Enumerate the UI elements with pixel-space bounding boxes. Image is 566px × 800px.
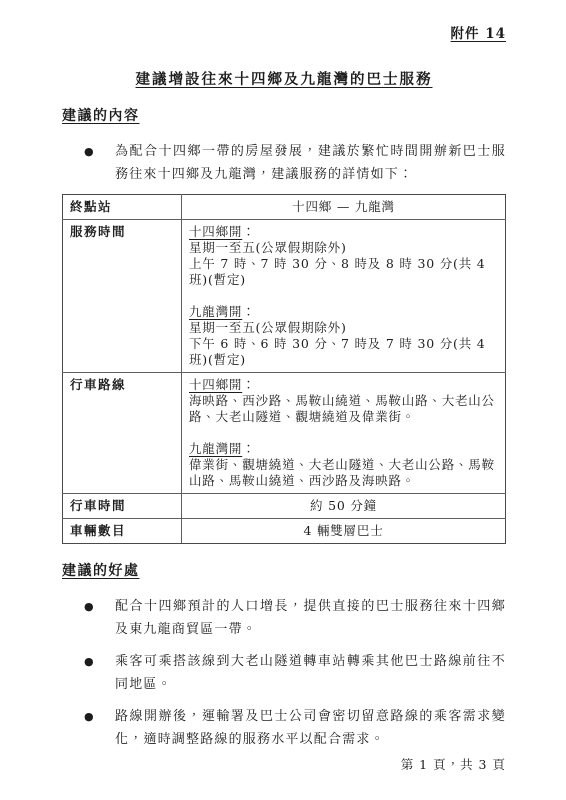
route-value: 十四鄉開： 海映路、西沙路、馬鞍山繞道、馬鞍山路、大老山公路、大老山隧道、觀塘繞… (182, 373, 506, 494)
route-from-sst-heading-line: 十四鄉開： (189, 377, 498, 393)
route-from-sst-roads: 海映路、西沙路、馬鞍山繞道、馬鞍山路、大老山公路、大老山隧道、觀塘繞道及偉業街。 (189, 393, 498, 425)
service-hours-from-sst-heading-line: 十四鄉開： (189, 224, 498, 240)
from-kb-heading: 九龍灣開 (189, 304, 242, 319)
from-sst-days: 星期一至五(公眾假期除外) (189, 240, 498, 256)
service-hours-from-kb: 九龍灣開： 星期一至五(公眾假期除外) 下午 6 時、6 時 30 分、7 時及… (189, 304, 498, 368)
route-from-sst-heading-colon: ： (242, 377, 255, 392)
bullet-icon: ● (62, 140, 115, 186)
from-sst-heading: 十四鄉開 (189, 224, 242, 239)
table-row-vehicles: 車輛數目 4 輛雙層巴士 (63, 519, 506, 544)
route-from-kb-heading-line: 九龍灣開： (189, 441, 498, 457)
from-sst-times: 上午 7 時、7 時 30 分、8 時及 8 時 30 分(共 4 班)(暫定) (189, 256, 498, 288)
route-from-sst-heading: 十四鄉開 (189, 377, 242, 392)
from-kb-heading-colon: ： (242, 304, 255, 319)
bullet-icon: ● (62, 705, 115, 751)
intro-bullet: ● 為配合十四鄉一帶的房屋發展，建議於繁忙時間開辦新巴士服務往來十四鄉及九龍灣，… (62, 140, 506, 186)
page-number-indicator: 第 1 頁，共 3 頁 (401, 755, 506, 773)
benefit-bullet-1-text: 配合十四鄉預計的人口增長，提供直接的巴士服務往來十四鄉及東九龍商貿區一帶。 (115, 595, 506, 641)
route-from-kb-heading: 九龍灣開 (189, 441, 242, 456)
document-title: 建議增設往來十四鄉及九龍灣的巴士服務 (62, 68, 506, 89)
section-heading-proposal-content: 建議的內容 (62, 105, 506, 125)
section-heading-benefits: 建議的好處 (62, 560, 506, 580)
section-heading-proposal-content-text: 建議的內容 (62, 108, 140, 124)
journey-time-value: 約 50 分鐘 (182, 494, 506, 519)
from-sst-heading-colon: ： (242, 224, 255, 239)
journey-time-label: 行車時間 (63, 494, 182, 519)
route-from-kb-roads: 偉業街、觀塘繞道、大老山隧道、大老山公路、馬鞍山路、馬鞍山繞道、西沙路及海映路。 (189, 457, 498, 489)
terminus-label: 終點站 (63, 195, 182, 220)
section-heading-benefits-text: 建議的好處 (62, 563, 140, 579)
vehicles-value: 4 輛雙層巴士 (182, 519, 506, 544)
route-from-kb: 九龍灣開： 偉業街、觀塘繞道、大老山隧道、大老山公路、馬鞍山路、馬鞍山繞道、西沙… (189, 441, 498, 489)
table-row-terminus: 終點站 十四鄉 — 九龍灣 (63, 195, 506, 220)
bullet-icon: ● (62, 650, 115, 696)
service-hours-from-kb-heading-line: 九龍灣開： (189, 304, 498, 320)
route-from-sst: 十四鄉開： 海映路、西沙路、馬鞍山繞道、馬鞍山路、大老山公路、大老山隧道、觀塘繞… (189, 377, 498, 425)
service-hours-value: 十四鄉開： 星期一至五(公眾假期除外) 上午 7 時、7 時 30 分、8 時及… (182, 220, 506, 373)
benefit-bullet-3: ● 路線開辦後，運輸署及巴士公司會密切留意路線的乘客需求變化，適時調整路線的服務… (62, 705, 506, 751)
benefit-bullet-2-text: 乘客可乘搭該線到大老山隧道轉車站轉乘其他巴士路線前往不同地區。 (115, 650, 506, 696)
from-kb-times: 下午 6 時、6 時 30 分、7 時及 7 時 30 分(共 4 班)(暫定) (189, 336, 498, 368)
table-row-service-hours: 服務時間 十四鄉開： 星期一至五(公眾假期除外) 上午 7 時、7 時 30 分… (63, 220, 506, 373)
benefit-bullet-3-text: 路線開辦後，運輸署及巴士公司會密切留意路線的乘客需求變化，適時調整路線的服務水平… (115, 705, 506, 751)
annex-label: 附件 14 (62, 22, 506, 42)
service-hours-label: 服務時間 (63, 220, 182, 373)
proposal-service-table: 終點站 十四鄉 — 九龍灣 服務時間 十四鄉開： 星期一至五(公眾假期除外) 上… (62, 194, 506, 544)
route-label: 行車路線 (63, 373, 182, 494)
intro-bullet-text: 為配合十四鄉一帶的房屋發展，建議於繁忙時間開辦新巴士服務往來十四鄉及九龍灣，建議… (115, 140, 506, 186)
document-page: 附件 14 建議增設往來十四鄉及九龍灣的巴士服務 建議的內容 ● 為配合十四鄉一… (0, 0, 566, 800)
service-hours-from-sst: 十四鄉開： 星期一至五(公眾假期除外) 上午 7 時、7 時 30 分、8 時及… (189, 224, 498, 288)
annex-label-text: 附件 14 (451, 26, 507, 42)
document-title-text: 建議增設往來十四鄉及九龍灣的巴士服務 (136, 71, 433, 88)
route-from-kb-heading-colon: ： (242, 441, 255, 456)
benefit-bullet-1: ● 配合十四鄉預計的人口增長，提供直接的巴士服務往來十四鄉及東九龍商貿區一帶。 (62, 595, 506, 641)
benefit-bullet-2: ● 乘客可乘搭該線到大老山隧道轉車站轉乘其他巴士路線前往不同地區。 (62, 650, 506, 696)
terminus-value: 十四鄉 — 九龍灣 (182, 195, 506, 220)
from-kb-days: 星期一至五(公眾假期除外) (189, 320, 498, 336)
bullet-icon: ● (62, 595, 115, 641)
vehicles-label: 車輛數目 (63, 519, 182, 544)
table-row-journey-time: 行車時間 約 50 分鐘 (63, 494, 506, 519)
table-row-route: 行車路線 十四鄉開： 海映路、西沙路、馬鞍山繞道、馬鞍山路、大老山公路、大老山隧… (63, 373, 506, 494)
